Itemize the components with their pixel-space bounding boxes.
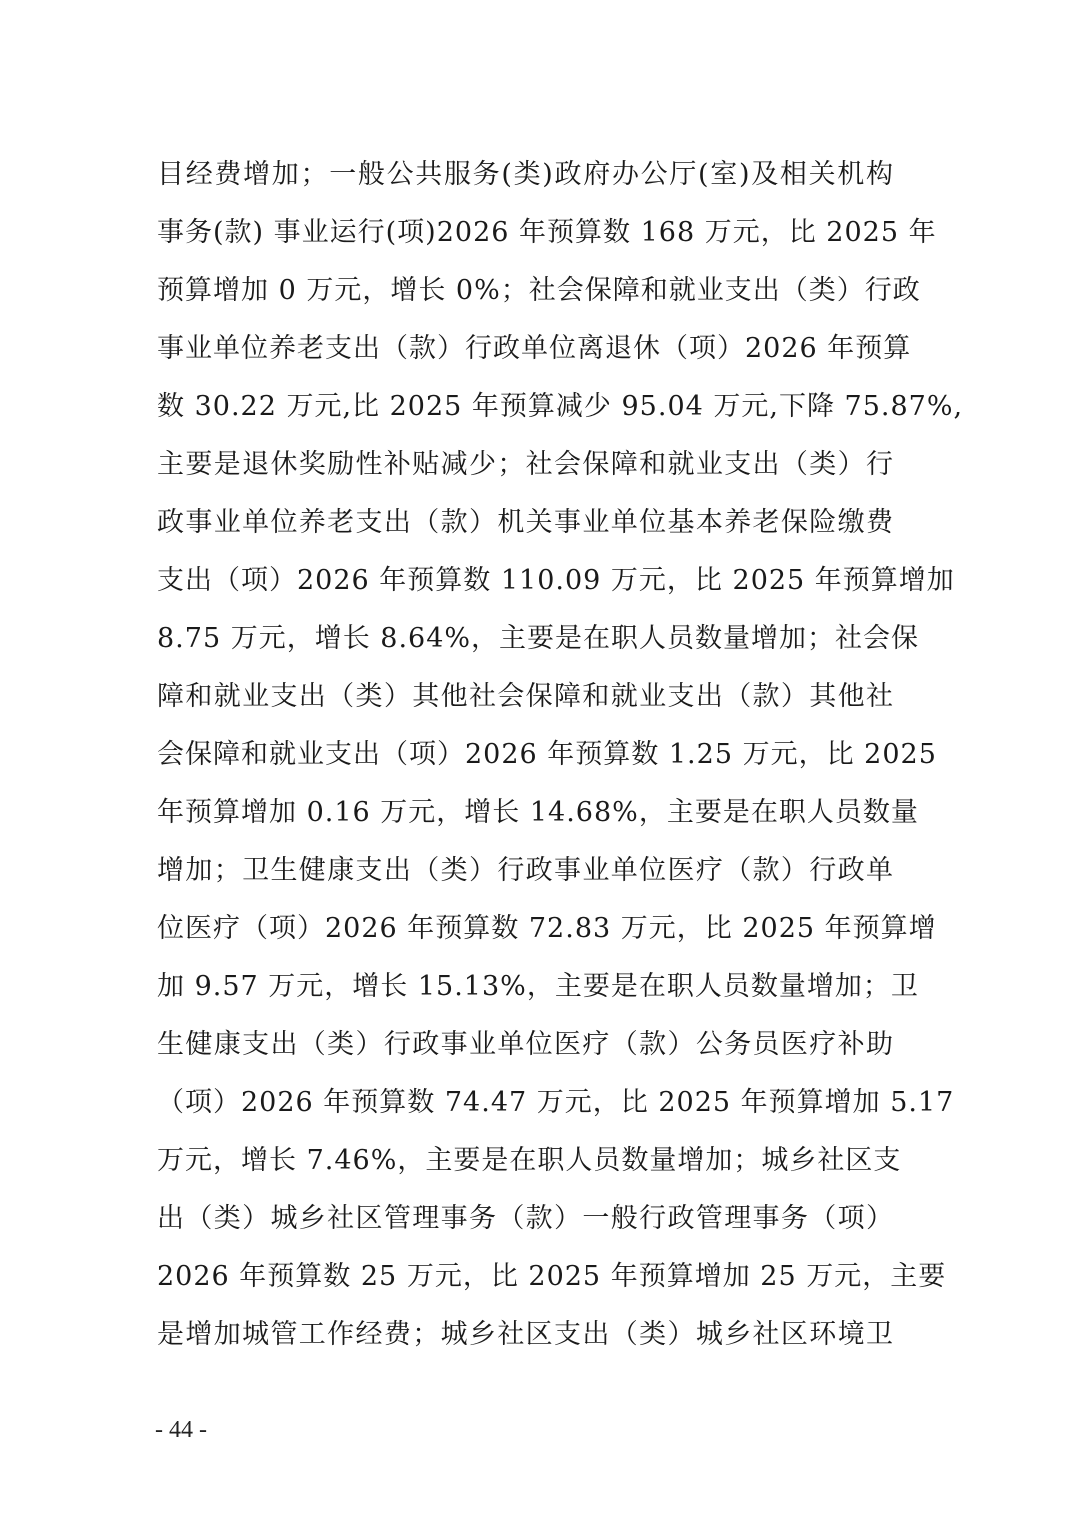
text-line: 生健康支出（类）行政事业单位医疗（款）公务员医疗补助 [157,1016,894,1074]
text-line: 年预算增加 0.16 万元，增长 14.68%，主要是在职人员数量 [157,784,894,842]
text-line: 目经费增加；一般公共服务(类)政府办公厅(室)及相关机构 [157,146,894,204]
text-line: 数 30.22 万元,比 2025 年预算减少 95.04 万元,下降 75.8… [157,378,894,436]
text-line: 万元，增长 7.46%，主要是在职人员数量增加；城乡社区支 [157,1132,894,1190]
page-number: - 44 - [155,1414,207,1446]
text-line: 出（类）城乡社区管理事务（款）一般行政管理事务（项） [157,1190,894,1248]
text-line: 增加；卫生健康支出（类）行政事业单位医疗（款）行政单 [157,842,894,900]
text-line: 会保障和就业支出（项）2026 年预算数 1.25 万元，比 2025 [157,726,894,784]
text-line: 2026 年预算数 25 万元，比 2025 年预算增加 25 万元，主要 [157,1248,894,1306]
text-line: 事业单位养老支出（款）行政单位离退休（项）2026 年预算 [157,320,894,378]
text-line: （项）2026 年预算数 74.47 万元，比 2025 年预算增加 5.17 [157,1074,894,1132]
text-line: 是增加城管工作经费；城乡社区支出（类）城乡社区环境卫 [157,1306,894,1364]
text-line: 事务(款) 事业运行(项)2026 年预算数 168 万元，比 2025 年 [157,204,894,262]
text-line: 支出（项）2026 年预算数 110.09 万元，比 2025 年预算增加 [157,552,894,610]
text-line: 位医疗（项）2026 年预算数 72.83 万元，比 2025 年预算增 [157,900,894,958]
text-line: 加 9.57 万元，增长 15.13%，主要是在职人员数量增加；卫 [157,958,894,1016]
text-line: 政事业单位养老支出（款）机关事业单位基本养老保险缴费 [157,494,894,552]
text-line: 预算增加 0 万元，增长 0%；社会保障和就业支出（类）行政 [157,262,894,320]
text-line: 障和就业支出（类）其他社会保障和就业支出（款）其他社 [157,668,894,726]
text-line: 主要是退休奖励性补贴减少；社会保障和就业支出（类）行 [157,436,894,494]
document-page: 目经费增加；一般公共服务(类)政府办公厅(室)及相关机构 事务(款) 事业运行(… [0,0,1074,1520]
body-paragraph: 目经费增加；一般公共服务(类)政府办公厅(室)及相关机构 事务(款) 事业运行(… [157,146,894,1364]
text-line: 8.75 万元，增长 8.64%，主要是在职人员数量增加；社会保 [157,610,894,668]
